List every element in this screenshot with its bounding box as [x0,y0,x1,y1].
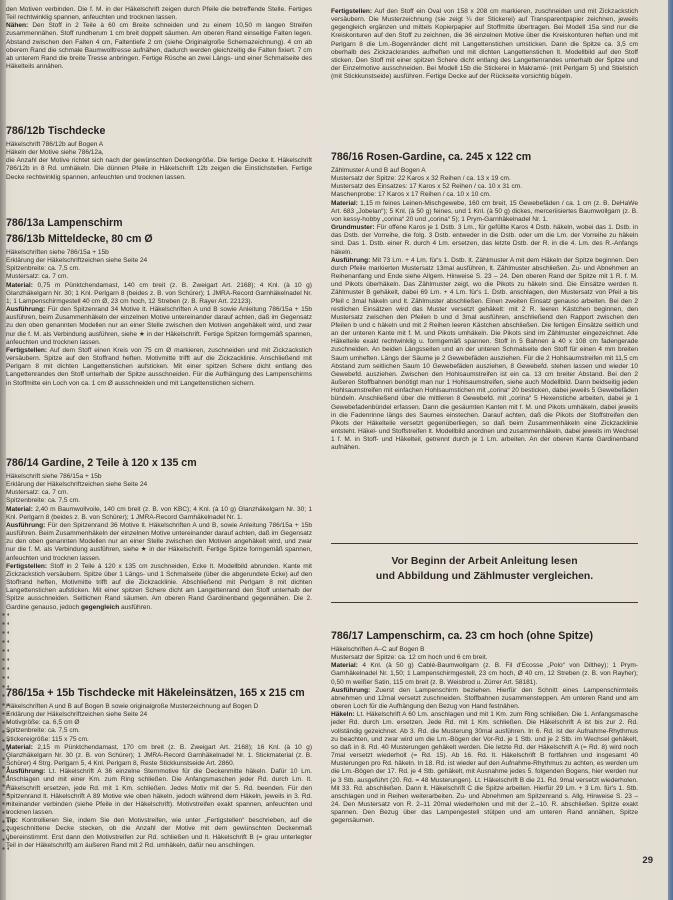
haekeln-label: Häkeln: [331,711,355,718]
fertigstellen-text: Auf dem Stoff einen Kreis von 75 cm Ø ma… [6,347,312,387]
section-title: 786/17 Lampenschirm, ca. 23 cm hoch (ohn… [331,630,638,643]
notice-top-rule [331,543,638,544]
info-line: Mustersatz: ca. 7 cm. [6,489,312,497]
ausfuehrung-label: Ausführung: [6,306,45,313]
naehen-paragraph: Nähen: Den Stoff in 2 Teile à 60 cm Brei… [6,22,312,71]
material-label: Material: [331,662,358,669]
ausfuehrung-paragraph: Ausführung: Für den Spitzenrand 36 Motiv… [6,522,312,563]
fertigstellen-end: ausführen. [121,604,152,611]
info-line: Spitzenbreite: ca. 7,5 cm. [6,727,312,735]
fertigstellen-label: Fertigstellen: [6,347,47,354]
info-line: Mustersatz der Spitze: 22 Karos x 32 Rei… [331,175,638,183]
material-text: 2,40 m Baumwollvoile, 140 cm breit (z. B… [6,506,312,521]
fertigstellen-text: Auf den Stoff ein Oval von 158 x 208 cm … [331,8,638,80]
section-16: 786/16 Rosen-Gardine, ca. 245 x 122 cm Z… [331,151,638,452]
tip-paragraph: Tip: Kontrollieren Sie, indem Sie den Mo… [6,817,312,850]
ausfuehrung-paragraph: Ausführung: Für den Spitzenrand 34 Motiv… [6,306,312,347]
info-line: Spitzenbreite: ca. 7,5 cm. [6,265,312,273]
info-line: Häkelschriften siehe 786/15a + 15b [6,249,312,257]
info-line: Spitzenbreite: ca. 7,5 cm. [6,497,312,505]
section-title-b: 786/13b Mitteldecke, 80 cm Ø [6,233,312,246]
material-paragraph: Material: 2,15 m Pünktchendamast, 170 cm… [6,744,312,768]
ausfuehrung-text: Lt. Häkelschrift A 36 einzelne Sternmoti… [6,768,312,816]
ausfuehrung-paragraph: Ausführung: Mit 73 Lm. + 4 Lm. für's 1. … [331,257,638,453]
grundmuster-paragraph: Grundmuster: Für offene Karos je 1 Dstb.… [331,224,638,257]
fertigstellen-paragraph: Fertigstellen: Auf den Stoff ein Oval vo… [331,8,638,81]
notice-bottom-rule [331,602,638,603]
info-line: Erklärung der Häkelschriftzeichen siehe … [6,481,312,489]
info-line: Maschenprobe: 17 Karos x 17 Reihen / ca.… [331,191,638,199]
section-title: 786/15a + 15b Tischdecke mit Häkeleinsät… [6,687,312,700]
info-line: Häkeln der Motive siehe 786/12a, [6,149,312,157]
info-line: Motivgröße: ca. 6,5 cm Ø [6,719,312,727]
info-line: Erklärung der Häkelschriftzeichen siehe … [6,711,312,719]
section-paragraph: die Anzahl der Motive richtet sich nach … [6,157,312,181]
fertigstellen-text: Stoff in 2 Teile à 120 x 135 cm zuschnei… [6,563,312,611]
fertigstellen-paragraph: Fertigstellen: Stoff in 2 Teile à 120 x … [6,563,312,612]
fertigstellen-paragraph: Fertigstellen: Auf dem Stoff einen Kreis… [6,347,312,388]
ausfuehrung-text: Für den Spitzenrand 36 Motive lt. Häkels… [6,522,312,562]
ausfuehrung-label: Ausführung: [331,257,370,264]
info-line: Zählmuster A und B auf Bogen A [331,167,638,175]
info-line: Mustersatz: ca. 7 cm. [6,273,312,281]
intro-block: den Motiven verbinden. Die f. M. in der … [6,6,312,71]
info-line: Stickereigröße: 115 x 75 cm. [6,736,312,744]
fertigstellen-label: Fertigstellen: [6,563,47,570]
section-title: 786/12b Tischdecke [6,125,312,138]
material-label: Material: [331,200,358,207]
section-15-continued: Fertigstellen: Auf den Stoff ein Oval vo… [331,8,638,81]
ausfuehrung-label: Ausführung: [331,687,370,694]
ausfuehrung-paragraph: Ausführung: Zuerst den Lampenschirm bezi… [331,687,638,711]
naehen-text: Den Stoff in 2 Teile à 60 cm Breite schn… [6,22,312,70]
material-paragraph: Material: 1,15 m feines Leinen-Mischgewe… [331,200,638,224]
section-13: 786/13a Lampenschirm 786/13b Mitteldecke… [6,217,312,388]
info-line: Häkelschrift siehe 786/15a + 15b [6,473,312,481]
info-line: Häkelschriften A–C auf Bogen B [331,646,638,654]
info-line: Mustersatz der Spitze: ca. 12 cm hoch un… [331,654,638,662]
material-text: 4 Knl. (à 50 g) Cablé-Baumwollgarn (z. B… [331,662,638,685]
page-edge-strip [668,0,673,900]
info-line: Mustersatz des Einsatzes: 17 Karos x 52 … [331,183,638,191]
material-paragraph: Material: 0,75 m Pünktchendamast, 140 cm… [6,282,312,306]
fertigstellen-label: Fertigstellen: [331,8,372,15]
notice-line-1: Vor Beginn der Arbeit Anleitung lesen [331,554,638,569]
material-text: 2,15 m Pünktchendamast, 170 cm breit (z.… [6,744,312,767]
page-number: 29 [642,855,653,866]
ausfuehrung-label: Ausführung: [6,768,45,775]
info-line: Erklärung der Häkelschriftzeichen siehe … [6,257,312,265]
naehen-label: Nähen: [6,22,28,29]
ausfuehrung-label: Ausführung: [6,522,45,529]
ausfuehrung-text: Zuerst den Lampenschirm beziehen. Hierfü… [331,687,638,710]
tip-text: Kontrollieren Sie, indem Sie den Motivst… [6,817,312,848]
notice-line-2: und Abbildung und Zählmuster vergleichen… [331,569,638,584]
ausfuehrung-text: Mit 73 Lm. + 4 Lm. für's 1. Dstb. lt. Zä… [331,257,638,452]
section-17: 786/17 Lampenschirm, ca. 23 cm hoch (ohn… [331,630,638,825]
haekeln-text: Lt. Häkelschrift A 60 Lm. anschlagen und… [331,711,638,824]
section-title-a: 786/13a Lampenschirm [6,217,312,230]
info-line: Häkelschrift 786/12b auf Bogen A [6,141,312,149]
section-title: 786/14 Gardine, 2 Teile à 120 x 135 cm [6,457,312,470]
material-label: Material: [6,506,33,513]
section-14: 786/14 Gardine, 2 Teile à 120 x 135 cm H… [6,457,312,612]
material-paragraph: Material: 4 Knl. (à 50 g) Cablé-Baumwoll… [331,662,638,686]
intro-paragraph: den Motiven verbinden. Die f. M. in der … [6,6,312,22]
material-label: Material: [6,744,33,751]
haekeln-paragraph: Häkeln: Lt. Häkelschrift A 60 Lm. anschl… [331,711,638,825]
notice-box: Vor Beginn der Arbeit Anleitung lesen un… [331,554,638,584]
ausfuehrung-paragraph: Ausführung: Lt. Häkelschrift A 36 einzel… [6,768,312,817]
gegengleich-emphasis: gegengleich [81,604,119,611]
ausfuehrung-text: Für den Spitzenrand 34 Motive lt. Häkels… [6,306,312,346]
grundmuster-text: Für offene Karos je 1 Dstb. 3 Lm., für g… [331,224,638,255]
grundmuster-label: Grundmuster: [331,224,375,231]
tip-label: Tip: [6,817,18,824]
section-15: 786/15a + 15b Tischdecke mit Häkeleinsät… [6,687,312,850]
magazine-page: den Motiven verbinden. Die f. M. in der … [0,0,673,900]
info-line: Häkelschriften A und B auf Bogen B sowie… [6,703,312,711]
material-text: 0,75 m Pünktchendamast, 140 cm breit (z.… [6,282,312,305]
section-12b: 786/12b Tischdecke Häkelschrift 786/12b … [6,125,312,182]
material-text: 1,15 m feines Leinen-Mischgewebe, 160 cm… [331,200,638,223]
section-title: 786/16 Rosen-Gardine, ca. 245 x 122 cm [331,151,638,164]
material-label: Material: [6,282,33,289]
material-paragraph: Material: 2,40 m Baumwollvoile, 140 cm b… [6,506,312,522]
